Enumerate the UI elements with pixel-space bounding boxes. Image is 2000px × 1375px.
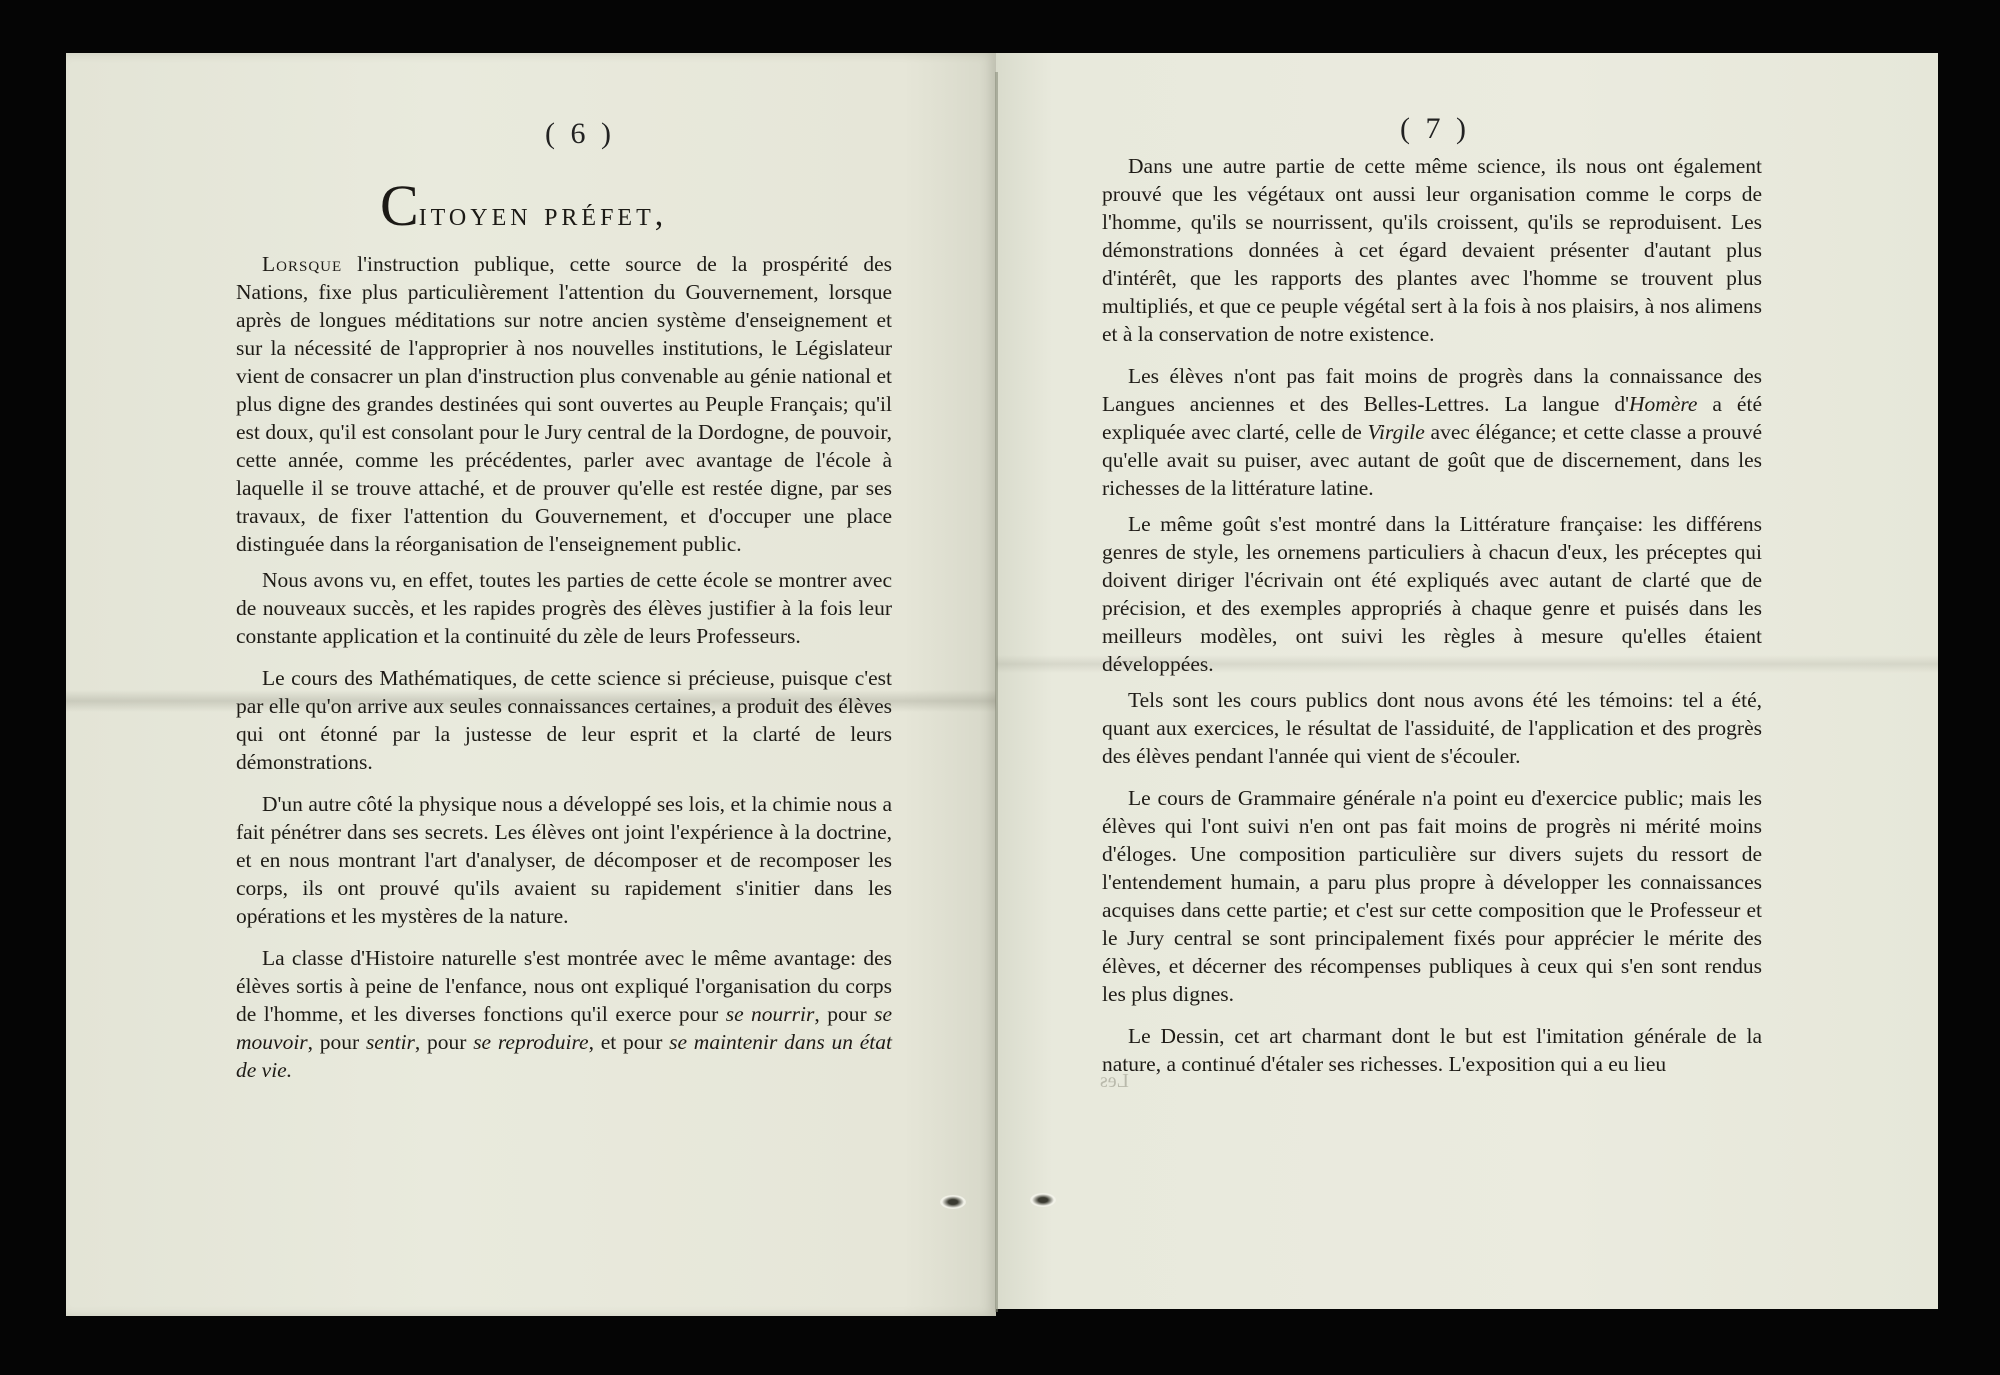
paragraph-vegetaux: Dans une autre partie de cette même scie… — [1102, 152, 1762, 348]
paragraph-lorsque: Lorsque l'instruction publique, cette so… — [236, 250, 892, 558]
heading-text: itoyen préfet, — [419, 196, 668, 233]
left-page-body: Lorsque l'instruction publique, cette so… — [236, 250, 892, 1092]
heading-initial: C — [380, 173, 419, 238]
paragraph-physique-chimie: D'un autre côté la physique nous a dével… — [236, 790, 892, 930]
right-page-body: Dans une autre partie de cette même scie… — [1102, 152, 1762, 1086]
paragraph-histoire-naturelle: La classe d'Histoire naturelle s'est mon… — [236, 944, 892, 1084]
sewing-hole-left-icon — [940, 1195, 966, 1209]
paragraph-grammaire-generale: Le cours de Grammaire générale n'a point… — [1102, 784, 1762, 1008]
paragraph-dessin: Le Dessin, cet art charmant dont le but … — [1102, 1022, 1762, 1078]
page-number-left: ( 6 ) — [545, 117, 615, 151]
sewing-hole-right-icon — [1030, 1193, 1056, 1207]
show-through-catchword: Les — [1100, 1070, 1129, 1093]
paragraph-lead: Lorsque — [262, 252, 342, 276]
page-number-right: ( 7 ) — [1400, 112, 1470, 146]
paragraph-langues-anciennes: Les élèves n'ont pas fait moins de progr… — [1102, 362, 1762, 502]
paragraph-cours-publics: Tels sont les cours publics dont nous av… — [1102, 686, 1762, 770]
page-heading: Citoyen préfet, — [380, 172, 667, 239]
paragraph-litterature-francaise: Le même goût s'est montré dans la Littér… — [1102, 510, 1762, 678]
paragraph-nous-avons-vu: Nous avons vu, en effet, toutes les part… — [236, 566, 892, 650]
paragraph-mathematiques: Le cours des Mathématiques, de cette sci… — [236, 664, 892, 776]
